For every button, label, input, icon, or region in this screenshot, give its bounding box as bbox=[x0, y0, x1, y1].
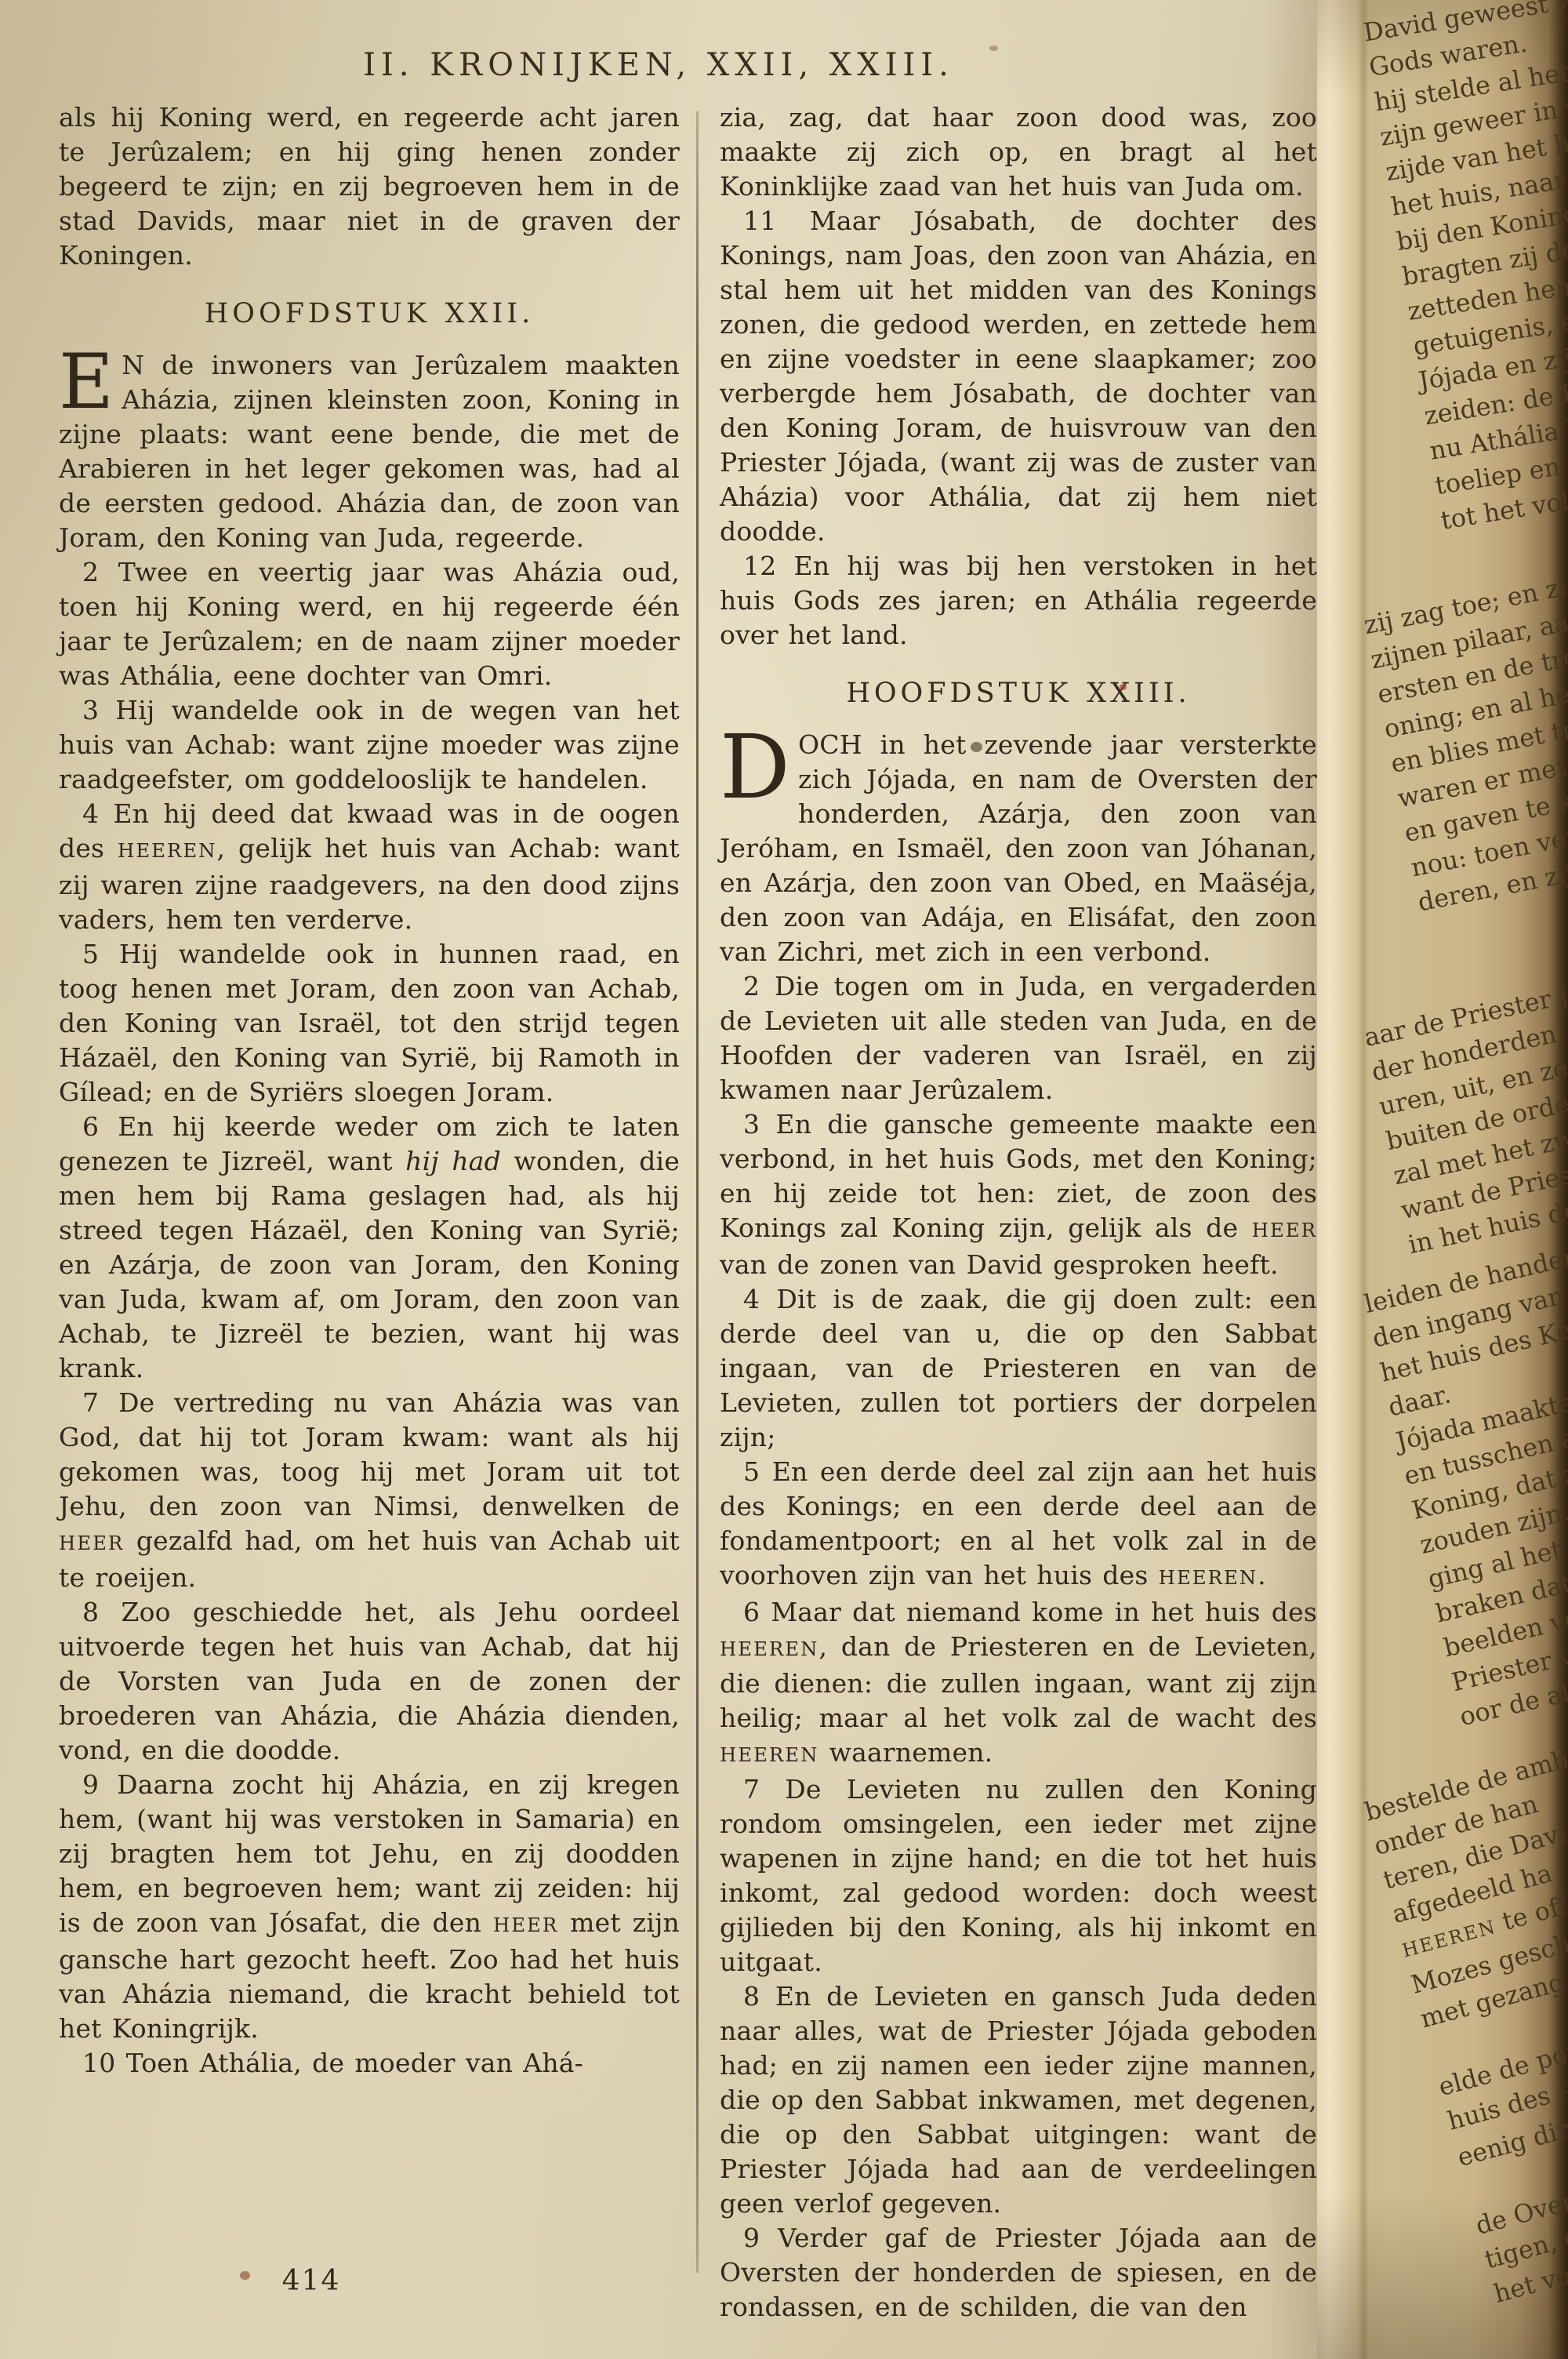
verse-paragraph: 11 Maar Jósabath, de dochter des Konings… bbox=[720, 204, 1317, 549]
verse-paragraph: 3 Hij wandelde ook in de wegen van het h… bbox=[59, 693, 680, 797]
verse-paragraph: 2 Die togen om in Juda, en vergaderden d… bbox=[720, 969, 1317, 1107]
edge-text-group: bestelde de ambonder de hanteren, die Da… bbox=[1361, 1710, 1568, 2311]
continuation-paragraph: zia, zag, dat haar zoon dood was, zoo ma… bbox=[720, 100, 1317, 204]
page-header: II. KRONIJKEN, XXII, XXIII. bbox=[0, 47, 1317, 83]
verse-paragraph: 10 Toen Athália, de moeder van Ahá- bbox=[59, 2046, 680, 2081]
verse-paragraph: 8 En de Levieten en gansch Juda deden na… bbox=[720, 1979, 1317, 2221]
left-column: als hij Koning werd, en regeerde acht ja… bbox=[59, 100, 680, 2081]
book-page: II. KRONIJKEN, XXII, XXIII. als hij Koni… bbox=[0, 0, 1568, 2359]
column-divider bbox=[696, 111, 699, 2273]
verse-paragraph: 9 Verder gaf de Priester Jójada aan de O… bbox=[720, 2221, 1317, 2324]
verse-paragraph: 6 Maar dat niemand kome in het huis des … bbox=[720, 1595, 1317, 1772]
verse-paragraph: 5 Hij wandelde ook in hunnen raad, en to… bbox=[59, 937, 680, 1110]
edge-text-group: David geweest waGods waren.hij stelde al… bbox=[1361, 0, 1568, 539]
verse-paragraph: 9 Daarna zocht hij Aházia, en zij kregen… bbox=[59, 1768, 680, 2046]
next-page-edge: David geweest waGods waren.hij stelde al… bbox=[1317, 0, 1568, 2359]
paper-stain bbox=[240, 2271, 250, 2280]
edge-text-group: zij zag toe; en ziezijnen pilaar, aaners… bbox=[1361, 546, 1568, 921]
verse-paragraph: EN de inwoners van Jerûzalem maakten Ahá… bbox=[59, 348, 680, 555]
verse-paragraph: 6 En hij keerde weder om zich te laten g… bbox=[59, 1110, 680, 1386]
verse-paragraph: 4 Dit is de zaak, die gij doen zult: een… bbox=[720, 1282, 1317, 1455]
verse-text: OCH in het zevende jaar versterkte zich … bbox=[720, 729, 1317, 967]
edge-text-group: aar de Priester Jójader honderden, die o… bbox=[1361, 953, 1568, 1263]
right-column: zia, zag, dat haar zoon dood was, zoo ma… bbox=[720, 100, 1317, 2324]
edge-text-group: leiden de handen aden ingang van dhet hu… bbox=[1361, 1214, 1568, 1735]
drop-cap-e: E bbox=[59, 348, 122, 411]
continuation-paragraph: als hij Koning werd, en regeerde acht ja… bbox=[59, 100, 680, 273]
page-number: 414 bbox=[252, 2265, 370, 2297]
drop-cap-d: D bbox=[720, 728, 798, 801]
verse-paragraph: 8 Zoo geschiedde het, als Jehu oordeel u… bbox=[59, 1595, 680, 1768]
verse-paragraph: 3 En die gansche gemeente maakte een ver… bbox=[720, 1107, 1317, 1282]
verse-paragraph: 7 De Levieten nu zullen den Koning rondo… bbox=[720, 1772, 1317, 1979]
chapter-heading-xxiii: HOOFDSTUK XXIII. bbox=[720, 676, 1317, 711]
chapter-heading-xxii: HOOFDSTUK XXII. bbox=[59, 296, 680, 331]
verse-paragraph: 2 Twee en veertig jaar was Aházia oud, t… bbox=[59, 555, 680, 693]
verse-paragraph: 12 En hij was bij hen verstoken in het h… bbox=[720, 549, 1317, 652]
verse-paragraph: 7 De vertreding nu van Aházia was van Go… bbox=[59, 1386, 680, 1595]
verse-paragraph: DOCH in het zevende jaar versterkte zich… bbox=[720, 728, 1317, 969]
verse-paragraph: 4 En hij deed dat kwaad was in de oogen … bbox=[59, 797, 680, 937]
verse-text: N de inwoners van Jerûzalem maakten Aház… bbox=[59, 350, 680, 553]
verse-paragraph: 5 En een derde deel zal zijn aan het hui… bbox=[720, 1455, 1317, 1595]
